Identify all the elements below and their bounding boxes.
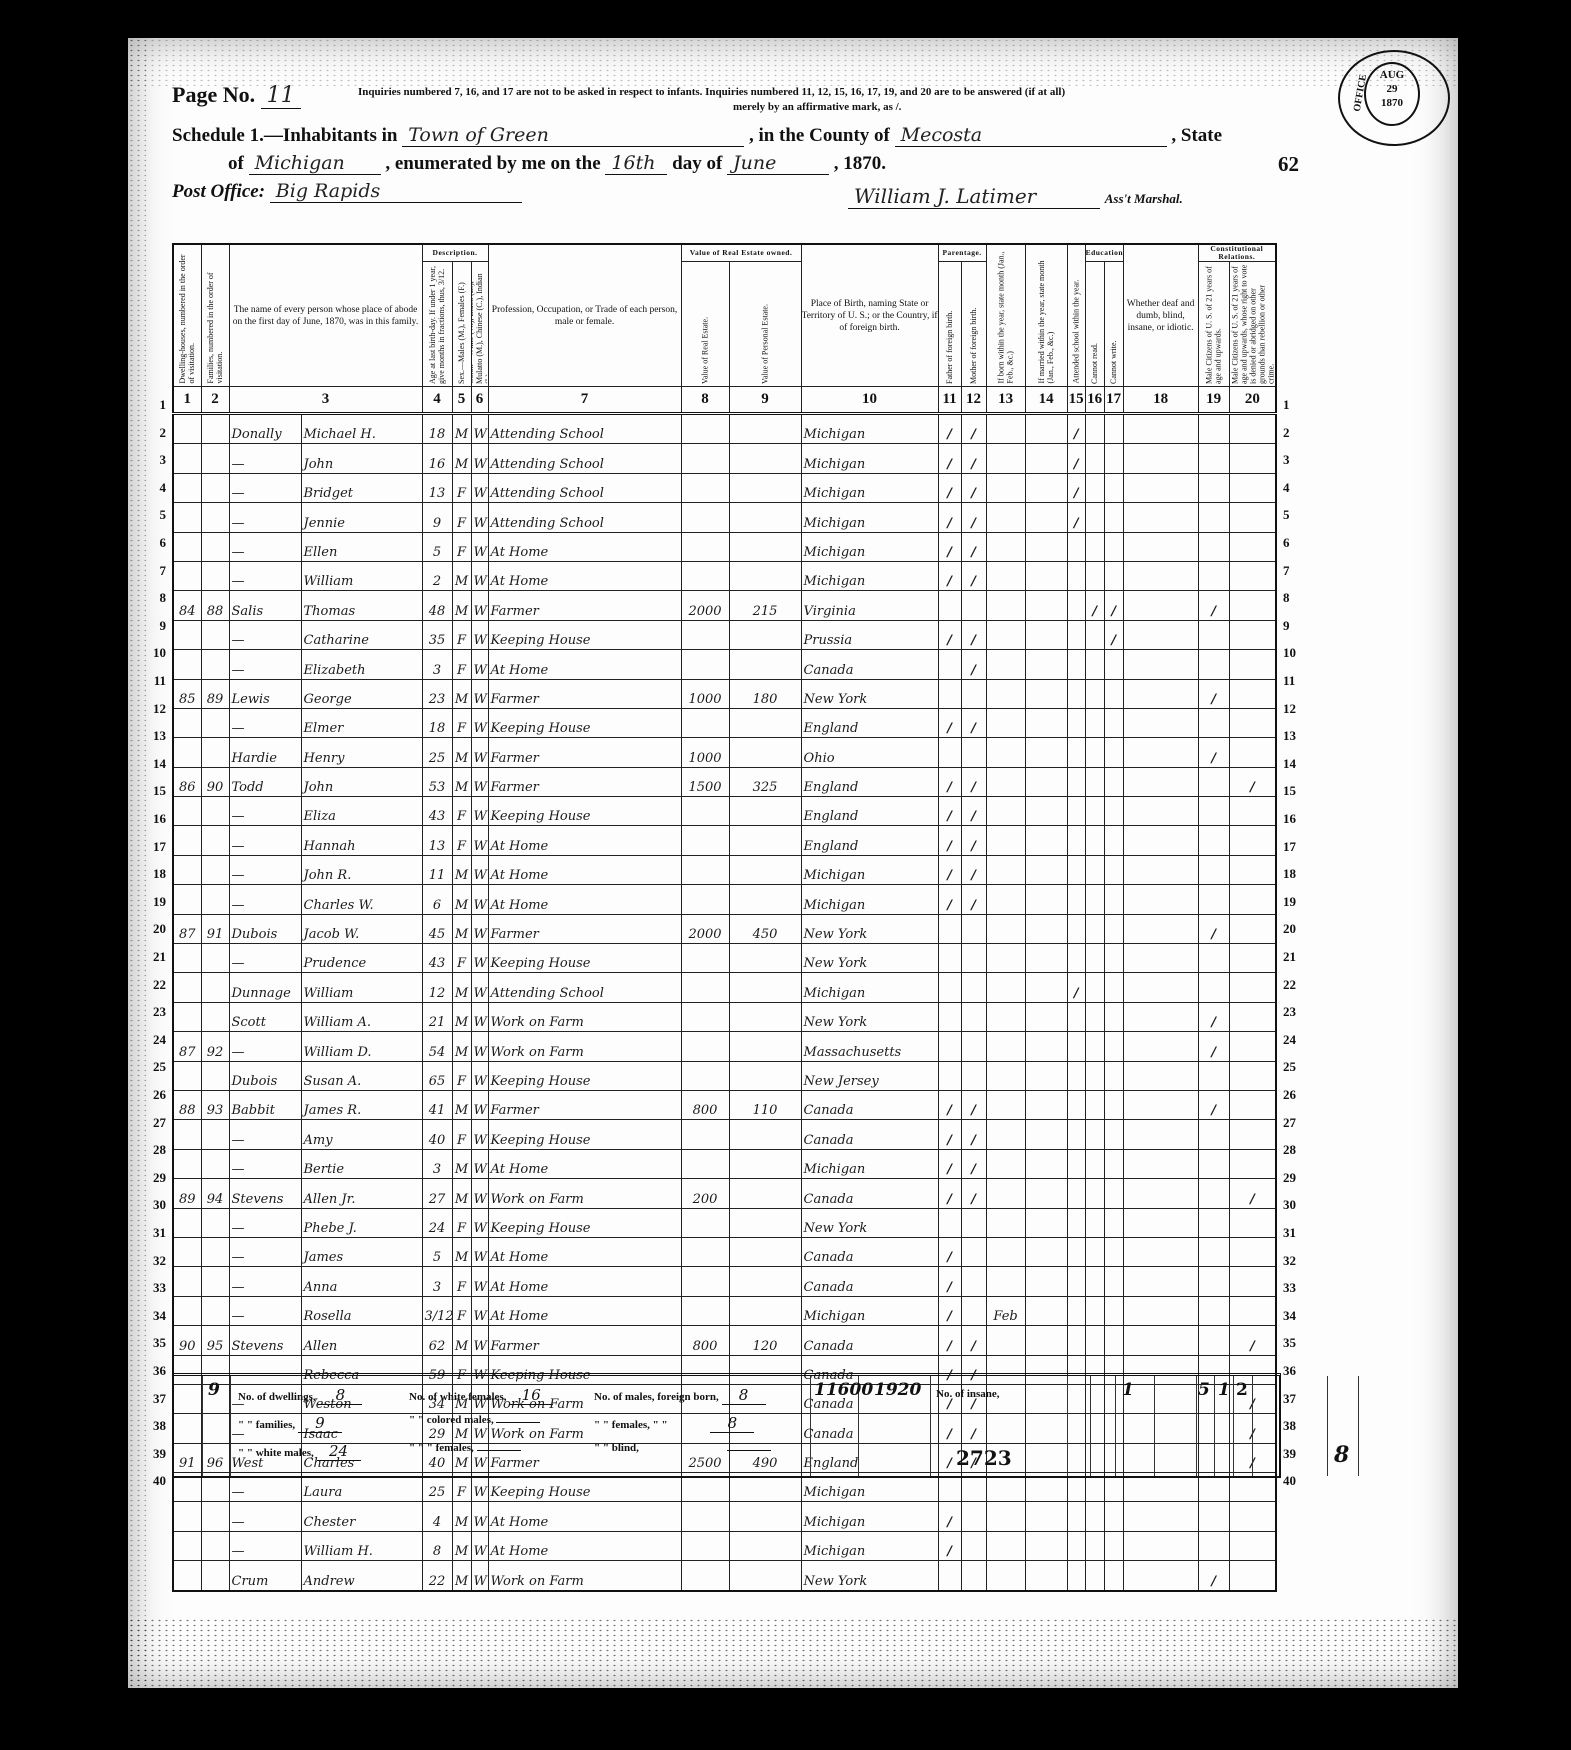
cell-pe <box>729 561 801 590</box>
cell-occ: Farmer <box>488 914 681 943</box>
cell-c18 <box>1123 1090 1198 1119</box>
cell-surname: — <box>229 1237 301 1266</box>
cannot-read-total: 1 <box>1218 1380 1230 1400</box>
cell-c12: / <box>961 473 986 502</box>
cell-c18 <box>1123 826 1198 855</box>
cell-surname: — <box>229 1208 301 1237</box>
cell-occ: Work on Farm <box>488 1561 681 1591</box>
cell-c12: / <box>961 1179 986 1208</box>
cell-c17 <box>1104 1032 1123 1061</box>
cell-c15 <box>1067 1561 1085 1591</box>
cell-c12 <box>961 1208 986 1237</box>
cell-re: 1000 <box>681 679 729 708</box>
cell-c18 <box>1123 1502 1198 1531</box>
marshal-line: William J. Latimer Ass't Marshal. <box>848 184 1183 209</box>
cell-c18 <box>1123 1061 1198 1090</box>
cell-age: 8 <box>422 1531 452 1560</box>
cell-age: 9 <box>422 503 452 532</box>
scan-noise-top <box>128 38 1458 86</box>
cell-age: 43 <box>422 797 452 826</box>
cell-pe <box>729 1237 801 1266</box>
cell-c13 <box>986 1531 1025 1560</box>
row-number: 36 <box>144 1363 166 1379</box>
cell-c13 <box>986 1032 1025 1061</box>
cell-occ: Work on Farm <box>488 1002 681 1031</box>
cell-pe <box>729 1296 801 1325</box>
column-number-row: 1 2 3 4 5 6 7 8 9 10 11 12 13 14 15 16 1… <box>173 387 1276 414</box>
cell-birth: New York <box>801 679 938 708</box>
cell-c18 <box>1123 944 1198 973</box>
cell-dw <box>173 708 201 737</box>
col-header-occupation: Profession, Occupation, or Trade of each… <box>488 244 681 387</box>
cell-birth: Canada <box>801 1120 938 1149</box>
cell-c17 <box>1104 1237 1123 1266</box>
row-number: 5 <box>1283 507 1307 523</box>
cell-c15 <box>1067 1326 1085 1355</box>
cell-c18 <box>1123 1208 1198 1237</box>
cell-c13 <box>986 1061 1025 1090</box>
cell-sex: M <box>452 1561 471 1591</box>
cell-c13 <box>986 914 1025 943</box>
cell-pe: 450 <box>729 914 801 943</box>
census-row: DuboisSusan A.65FWKeeping HouseNew Jerse… <box>173 1061 1276 1090</box>
col-header-male-citizen: Male Citizens of U. S. of 21 years of ag… <box>1198 262 1229 387</box>
cell-c16 <box>1085 1502 1104 1531</box>
cell-c18 <box>1123 679 1198 708</box>
row-number: 27 <box>1283 1115 1307 1131</box>
cell-pe: 325 <box>729 767 801 796</box>
cell-given: Michael H. <box>301 414 422 444</box>
cell-surname: — <box>229 855 301 884</box>
cell-c14 <box>1025 1061 1067 1090</box>
cell-c19 <box>1198 1149 1229 1178</box>
row-number: 28 <box>1283 1142 1307 1158</box>
cell-surname: Dubois <box>229 914 301 943</box>
cell-surname: — <box>229 708 301 737</box>
cell-given: Prudence <box>301 944 422 973</box>
marshal-signature: William J. Latimer <box>848 184 1100 209</box>
cell-c12 <box>961 1032 986 1061</box>
census-row: —John16MWAttending SchoolMichigan/// <box>173 444 1276 473</box>
cell-sex: M <box>452 444 471 473</box>
cell-occ: Farmer <box>488 738 681 767</box>
cell-c15 <box>1067 1208 1085 1237</box>
census-row: —Elizabeth3FWAt HomeCanada/ <box>173 650 1276 679</box>
cell-fam <box>201 1120 229 1149</box>
row-number: 24 <box>1283 1032 1307 1048</box>
cell-re <box>681 1502 729 1531</box>
cell-fam <box>201 797 229 826</box>
cell-c20 <box>1229 1237 1276 1266</box>
cell-c17 <box>1104 1326 1123 1355</box>
cell-dw <box>173 1208 201 1237</box>
cell-sex: M <box>452 738 471 767</box>
cell-c13 <box>986 1267 1025 1296</box>
cell-c14 <box>1025 444 1067 473</box>
col-header-real-estate: Value of Real Estate. <box>681 262 729 387</box>
cell-c16 <box>1085 1179 1104 1208</box>
cell-c20 <box>1229 1090 1276 1119</box>
cell-dw <box>173 1002 201 1031</box>
cell-c14 <box>1025 885 1067 914</box>
cell-c12: / <box>961 650 986 679</box>
cell-c19 <box>1198 1120 1229 1149</box>
cell-c13 <box>986 708 1025 737</box>
cell-c15 <box>1067 914 1085 943</box>
cell-c11 <box>938 1061 961 1090</box>
col-group-education: Education. <box>1085 244 1123 262</box>
row-number: 3 <box>1283 452 1307 468</box>
census-row: DunnageWilliam12MWAttending SchoolMichig… <box>173 973 1276 1002</box>
cell-given: James R. <box>301 1090 422 1119</box>
census-row: —Bertie3MWAt HomeMichigan// <box>173 1149 1276 1178</box>
cell-fam <box>201 1561 229 1591</box>
cell-c15 <box>1067 1531 1085 1560</box>
cell-re <box>681 503 729 532</box>
cell-c14 <box>1025 1296 1067 1325</box>
cell-dw <box>173 444 201 473</box>
cell-birth: Virginia <box>801 591 938 620</box>
cell-pe <box>729 1531 801 1560</box>
cell-c11 <box>938 973 961 1002</box>
cell-c18 <box>1123 885 1198 914</box>
cell-c12 <box>961 1267 986 1296</box>
cell-given: William D. <box>301 1032 422 1061</box>
cell-sex: M <box>452 914 471 943</box>
cell-pe <box>729 1502 801 1531</box>
row-number: 4 <box>144 480 166 496</box>
census-row: —William H.8MWAt HomeMichigan/ <box>173 1531 1276 1560</box>
cell-c13 <box>986 503 1025 532</box>
row-number: 7 <box>144 563 166 579</box>
cell-pe <box>729 1002 801 1031</box>
census-row: —Chester4MWAt HomeMichigan/ <box>173 1502 1276 1531</box>
cell-c11: / <box>938 826 961 855</box>
row-number: 25 <box>144 1059 166 1075</box>
families-count: " " families, 9 <box>238 1414 342 1433</box>
cell-age: 40 <box>422 1120 452 1149</box>
cell-c17 <box>1104 1267 1123 1296</box>
row-number: 40 <box>144 1473 166 1489</box>
cell-c13 <box>986 826 1025 855</box>
cell-occ: Keeping House <box>488 620 681 649</box>
cell-c17 <box>1104 855 1123 884</box>
row-number: 40 <box>1283 1473 1307 1489</box>
cell-dw <box>173 532 201 561</box>
white-males-count: " " white males, 24 <box>238 1442 361 1461</box>
cell-c12: / <box>961 708 986 737</box>
cell-birth: Canada <box>801 1237 938 1266</box>
row-number: 37 <box>1283 1391 1307 1407</box>
row-number: 1 <box>144 397 166 413</box>
cell-c14 <box>1025 708 1067 737</box>
cell-c13 <box>986 885 1025 914</box>
cell-c19 <box>1198 767 1229 796</box>
cell-given: Henry <box>301 738 422 767</box>
cell-c19 <box>1198 1267 1229 1296</box>
cell-re <box>681 650 729 679</box>
cell-dw <box>173 855 201 884</box>
cell-c16 <box>1085 1090 1104 1119</box>
cell-c20 <box>1229 826 1276 855</box>
cell-c19 <box>1198 473 1229 502</box>
cell-re <box>681 1120 729 1149</box>
cell-fam <box>201 1208 229 1237</box>
cell-c18 <box>1123 855 1198 884</box>
cell-age: 5 <box>422 1237 452 1266</box>
cell-c11 <box>938 591 961 620</box>
cell-c18 <box>1123 532 1198 561</box>
cell-c13 <box>986 738 1025 767</box>
cell-given: Charles W. <box>301 885 422 914</box>
cell-c18 <box>1123 914 1198 943</box>
cell-re: 800 <box>681 1090 729 1119</box>
cell-age: 24 <box>422 1208 452 1237</box>
cell-c13 <box>986 767 1025 796</box>
cell-age: 18 <box>422 414 452 444</box>
cell-c15 <box>1067 620 1085 649</box>
cell-given: Hannah <box>301 826 422 855</box>
cell-pe: 110 <box>729 1090 801 1119</box>
cell-c15 <box>1067 708 1085 737</box>
col-group-parentage: Parentage. <box>938 244 986 262</box>
cell-birth: Massachusetts <box>801 1032 938 1061</box>
row-number: 23 <box>1283 1004 1307 1020</box>
cell-c14 <box>1025 414 1067 444</box>
cell-age: 41 <box>422 1090 452 1119</box>
cell-fam <box>201 1002 229 1031</box>
cell-dw <box>173 1296 201 1325</box>
cell-c13 <box>986 1561 1025 1591</box>
cell-c12 <box>961 738 986 767</box>
cell-c17 <box>1104 1002 1123 1031</box>
row-number: 26 <box>1283 1087 1307 1103</box>
census-row: —Catharine35FWKeeping HousePrussia/// <box>173 620 1276 649</box>
cell-pe <box>729 444 801 473</box>
cell-birth: England <box>801 767 938 796</box>
cell-c17 <box>1104 473 1123 502</box>
cell-occ: At Home <box>488 1237 681 1266</box>
cell-c19 <box>1198 1179 1229 1208</box>
cell-birth: Canada <box>801 1267 938 1296</box>
cell-c17 <box>1104 708 1123 737</box>
cell-sex: M <box>452 1090 471 1119</box>
cell-c18 <box>1123 650 1198 679</box>
cell-c11 <box>938 679 961 708</box>
cell-c20 <box>1229 679 1276 708</box>
census-row: —John R.11MWAt HomeMichigan// <box>173 855 1276 884</box>
cell-c18 <box>1123 1032 1198 1061</box>
cell-surname: — <box>229 826 301 855</box>
cell-surname: — <box>229 503 301 532</box>
row-number: 9 <box>1283 618 1307 634</box>
cell-re <box>681 885 729 914</box>
row-number: 2 <box>144 425 166 441</box>
cell-fam <box>201 620 229 649</box>
cell-c16 <box>1085 738 1104 767</box>
cell-c19: / <box>1198 738 1229 767</box>
cell-age: 45 <box>422 914 452 943</box>
cell-c15 <box>1067 1032 1085 1061</box>
cell-c13 <box>986 797 1025 826</box>
cell-c15 <box>1067 1090 1085 1119</box>
census-row: —Phebe J.24FWKeeping HouseNew York <box>173 1208 1276 1237</box>
cell-c15 <box>1067 1061 1085 1090</box>
cell-sex: M <box>452 1002 471 1031</box>
cell-c20 <box>1229 620 1276 649</box>
cell-c13 <box>986 973 1025 1002</box>
cell-color: W <box>471 650 488 679</box>
cell-occ: At Home <box>488 826 681 855</box>
cell-given: John <box>301 767 422 796</box>
cell-c15 <box>1067 767 1085 796</box>
cell-age: 18 <box>422 708 452 737</box>
cell-occ: At Home <box>488 1149 681 1178</box>
cell-birth: New York <box>801 1561 938 1591</box>
cell-color: W <box>471 914 488 943</box>
row-number: 6 <box>1283 535 1307 551</box>
cell-c19 <box>1198 1208 1229 1237</box>
cell-c15 <box>1067 826 1085 855</box>
cell-c18 <box>1123 1149 1198 1178</box>
cell-sex: F <box>452 620 471 649</box>
cell-c12 <box>961 914 986 943</box>
cell-given: William <box>301 561 422 590</box>
cell-color: W <box>471 1179 488 1208</box>
cell-c16 <box>1085 944 1104 973</box>
cell-pe <box>729 708 801 737</box>
cell-color: W <box>471 1002 488 1031</box>
row-number: 27 <box>144 1115 166 1131</box>
cell-c14 <box>1025 1237 1067 1266</box>
cell-c14 <box>1025 1149 1067 1178</box>
cell-birth: Michigan <box>801 855 938 884</box>
real-estate-total: 11600 <box>814 1380 873 1400</box>
row-number: 4 <box>1283 480 1307 496</box>
cell-occ: Attending School <box>488 503 681 532</box>
census-row: —William2MWAt HomeMichigan// <box>173 561 1276 590</box>
census-row: —Eliza43FWKeeping HouseEngland// <box>173 797 1276 826</box>
cell-c11: / <box>938 855 961 884</box>
cell-given: John <box>301 444 422 473</box>
cell-occ: At Home <box>488 1267 681 1296</box>
cell-c18 <box>1123 1531 1198 1560</box>
families-total: 9 <box>208 1380 220 1400</box>
cell-occ: Keeping House <box>488 944 681 973</box>
cell-given: Allen <box>301 1326 422 1355</box>
col-header-age: Age at last birth-day. If under 1 year, … <box>422 262 452 387</box>
cell-c15 <box>1067 1149 1085 1178</box>
cell-sex: F <box>452 473 471 502</box>
cell-sex: M <box>452 767 471 796</box>
cell-c18 <box>1123 1561 1198 1591</box>
cell-surname: Stevens <box>229 1179 301 1208</box>
cell-pe <box>729 797 801 826</box>
cell-sex: M <box>452 1179 471 1208</box>
row-number: 35 <box>144 1335 166 1351</box>
cell-c16 <box>1085 1032 1104 1061</box>
cell-c19: / <box>1198 679 1229 708</box>
cell-c16: / <box>1085 591 1104 620</box>
cell-re: 2000 <box>681 914 729 943</box>
row-number: 11 <box>1283 673 1307 689</box>
cell-birth: England <box>801 826 938 855</box>
cell-birth: Canada <box>801 650 938 679</box>
cell-c14 <box>1025 1120 1067 1149</box>
cell-c14 <box>1025 944 1067 973</box>
cell-c20 <box>1229 1149 1276 1178</box>
cell-c14 <box>1025 620 1067 649</box>
cell-c11 <box>938 1208 961 1237</box>
row-number: 14 <box>144 756 166 772</box>
census-row: —Rosella3/12FWAt HomeMichigan/Feb <box>173 1296 1276 1325</box>
page-label: Page No. <box>172 82 255 107</box>
cell-re: 1500 <box>681 767 729 796</box>
col-header-name: The name of every person whose place of … <box>229 244 422 387</box>
cell-occ: At Home <box>488 1296 681 1325</box>
cell-re <box>681 944 729 973</box>
row-number: 1 <box>1283 397 1307 413</box>
cell-surname: Lewis <box>229 679 301 708</box>
cell-occ: At Home <box>488 1531 681 1560</box>
census-row: CrumAndrew22MWWork on FarmNew York/ <box>173 1561 1276 1591</box>
cell-color: W <box>471 738 488 767</box>
census-row: 8791DuboisJacob W.45MWFarmer2000450New Y… <box>173 914 1276 943</box>
cell-c16 <box>1085 561 1104 590</box>
cell-fam <box>201 444 229 473</box>
cell-fam <box>201 885 229 914</box>
cell-c20 <box>1229 1061 1276 1090</box>
cell-c11: / <box>938 444 961 473</box>
row-number: 16 <box>1283 811 1307 827</box>
cell-sex: F <box>452 1208 471 1237</box>
cell-color: W <box>471 679 488 708</box>
cell-c16 <box>1085 532 1104 561</box>
cell-c14 <box>1025 738 1067 767</box>
cell-c13 <box>986 1502 1025 1531</box>
row-number: 36 <box>1283 1363 1307 1379</box>
cell-c11: / <box>938 1326 961 1355</box>
cell-c15: / <box>1067 503 1085 532</box>
cell-c12: / <box>961 414 986 444</box>
cell-c17 <box>1104 1061 1123 1090</box>
cell-c17 <box>1104 1296 1123 1325</box>
cell-surname: — <box>229 1149 301 1178</box>
cell-c11: / <box>938 620 961 649</box>
cell-surname: Hardie <box>229 738 301 767</box>
cell-re <box>681 1032 729 1061</box>
cell-c16 <box>1085 650 1104 679</box>
cell-given: Catharine <box>301 620 422 649</box>
cell-sex: F <box>452 708 471 737</box>
cell-dw <box>173 561 201 590</box>
cell-c18 <box>1123 473 1198 502</box>
row-number: 34 <box>1283 1308 1307 1324</box>
col-header-color: Color.—White (W.), Black (B.), Mulatto (… <box>471 262 488 387</box>
cell-sex: M <box>452 414 471 444</box>
cell-occ: At Home <box>488 650 681 679</box>
cell-dw <box>173 1267 201 1296</box>
cell-color: W <box>471 1090 488 1119</box>
cell-c11 <box>938 1032 961 1061</box>
cell-c11: / <box>938 1120 961 1149</box>
cell-fam <box>201 1237 229 1266</box>
cell-color: W <box>471 1561 488 1591</box>
cell-c20 <box>1229 1267 1276 1296</box>
cell-c17 <box>1104 414 1123 444</box>
cell-birth: England <box>801 708 938 737</box>
cell-re <box>681 1561 729 1591</box>
